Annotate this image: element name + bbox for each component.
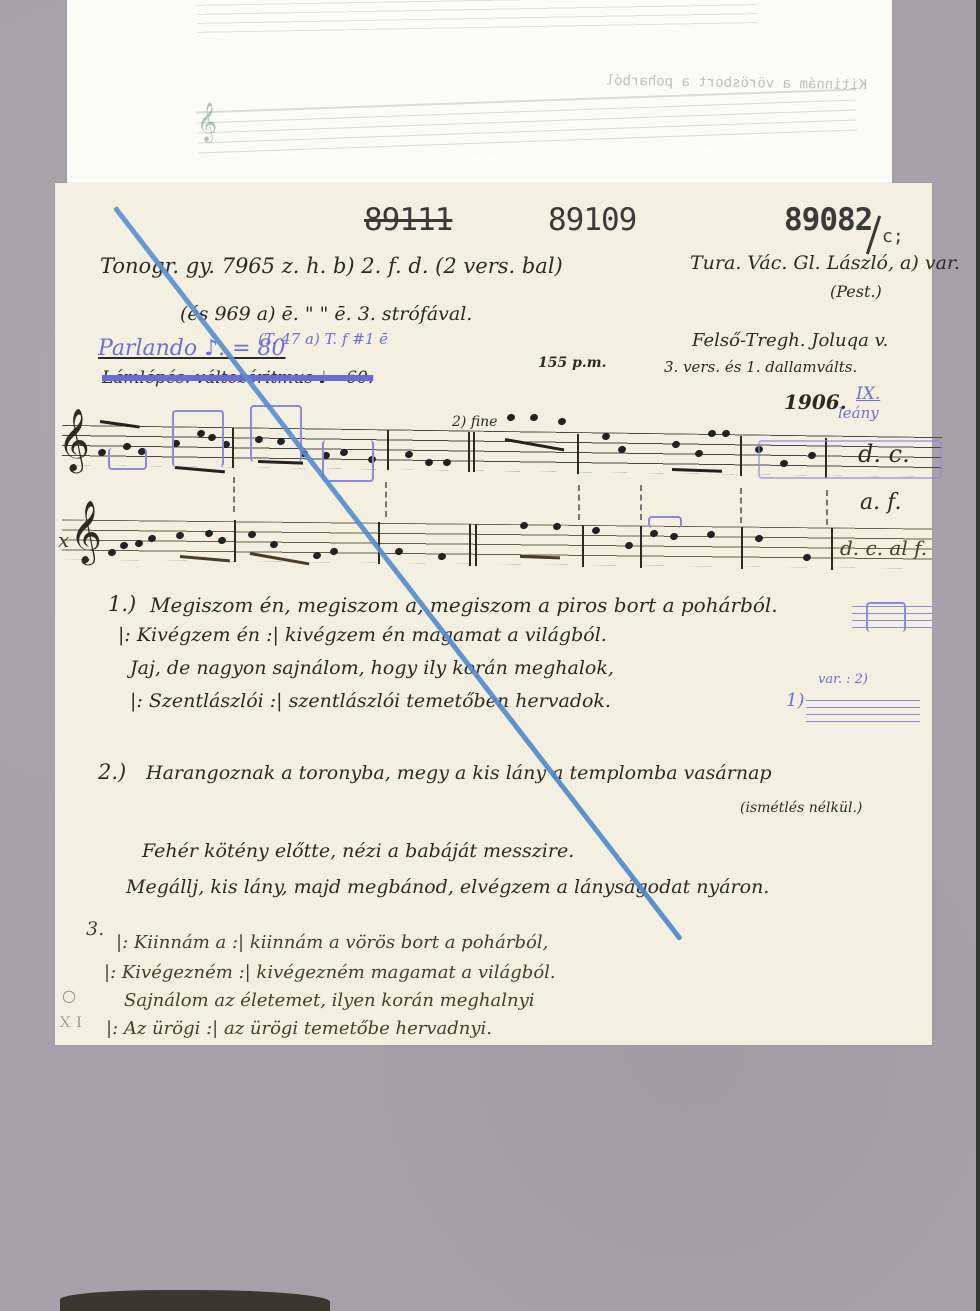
variant-staff-2	[806, 700, 920, 728]
barline	[741, 527, 743, 569]
board-edge	[976, 0, 980, 1311]
location-line-1: Tura. Vác. Gl. László, a) var.	[690, 252, 960, 274]
barline	[378, 522, 380, 564]
verse-3-line-3: Sajnálom az életemet, ilyen korán meghal…	[124, 990, 535, 1011]
verse-2-line-3: Megállj, kis lány, majd megbánod, elvégz…	[126, 876, 769, 898]
ghost-clef-icon: 𝄞	[197, 102, 217, 142]
margin-circle-mark: ○	[62, 986, 76, 1005]
barline	[473, 432, 475, 472]
verse-1-line-4: |: Szentlászlói :| szentlászlói temetőbe…	[130, 690, 611, 712]
barline	[387, 430, 389, 470]
staff-2-end-label: d. c. al f.	[840, 536, 927, 560]
barline	[640, 526, 642, 568]
barline	[475, 524, 477, 566]
ghost-staff-top	[197, 0, 757, 33]
location-line-2: (Pest.)	[830, 282, 882, 301]
barline	[234, 520, 236, 562]
barline	[232, 428, 234, 468]
verse-3-number: 3.	[86, 918, 104, 940]
verse-1-number: 1.)	[108, 592, 136, 616]
barline	[469, 524, 471, 566]
page-mark: 155 p.m.	[538, 355, 606, 371]
barline	[582, 525, 584, 567]
blue-note: leány	[838, 404, 879, 422]
alignment-dash	[640, 485, 642, 520]
verse-2-note: (ismétlés nélkül.)	[740, 800, 862, 816]
catalog-suffix: c;	[882, 226, 904, 247]
variant-marker: 1)	[786, 690, 804, 711]
barline	[468, 432, 470, 472]
verse-3-line-4: |: Az ürögi :| az ürögi temetőbe hervadn…	[106, 1018, 492, 1039]
barline	[577, 434, 579, 474]
staff-2-marker: x	[58, 528, 69, 552]
verse-3-line-1: |: Kiinnám a :| kiinnám a vörös bort a p…	[116, 932, 548, 953]
alignment-dash	[826, 490, 828, 525]
source-line-2: (és 969 a) ē. " " ē. 3. strófával.	[180, 303, 472, 325]
blue-variant-overlay	[758, 440, 942, 479]
verse-1-line-1: Megiszom én, megiszom a, megiszom a piro…	[150, 593, 778, 617]
between-staves-label: a. f.	[860, 490, 901, 515]
verse-2-number: 2.)	[98, 760, 126, 784]
barline	[831, 528, 833, 570]
blue-bracket	[108, 448, 147, 470]
verse-note: 3. vers. és 1. dallamválts.	[664, 358, 857, 376]
treble-clef-icon: 𝄞	[70, 500, 102, 564]
performer: Felső-Tregh. Joluqa v.	[692, 330, 888, 351]
verse-3-line-2: |: Kivégezném :| kivégezném magamat a vi…	[104, 962, 556, 983]
alignment-dash	[740, 488, 742, 523]
fine-label: 2) fine	[452, 414, 497, 430]
blue-month: IX.	[856, 384, 880, 404]
back-sheet: Kitinnám a vörösbort a poharból 𝄞	[67, 0, 892, 205]
ghost-staff	[196, 88, 857, 162]
variant-label: var. : 2)	[818, 672, 868, 687]
variant-bracket	[866, 602, 906, 632]
catalog-number-right: 89082	[784, 202, 872, 238]
tempo-parlando: Parlando ♪. = 80	[98, 336, 286, 361]
alignment-dash	[578, 485, 580, 520]
treble-clef-icon: 𝄞	[58, 408, 90, 472]
verse-1-line-3: Jaj, de nagyon sajnálom, hogy ily korán …	[130, 657, 614, 679]
catalog-number: 89109	[548, 202, 636, 238]
blue-bracket	[322, 440, 374, 482]
alignment-dash	[385, 482, 387, 517]
blue-bracket	[648, 516, 682, 528]
blue-bracket	[172, 410, 224, 467]
barline	[740, 436, 742, 476]
margin-roman-mark: ＸＩ	[58, 1012, 86, 1032]
alignment-dash	[233, 477, 235, 512]
mirror-text: Kitinnám a vörösbort a poharból	[267, 67, 867, 93]
verse-2-line-1: Harangoznak a toronyba, megy a kis lány …	[146, 762, 772, 784]
struck-catalog-number: 89111	[364, 202, 452, 238]
verse-2-line-2: Fehér kötény előtte, nézi a babáját mess…	[142, 840, 574, 862]
verse-1-line-2: |: Kivégzem én :| kivégzem én magamat a …	[118, 624, 607, 646]
board-stain	[60, 1290, 330, 1311]
